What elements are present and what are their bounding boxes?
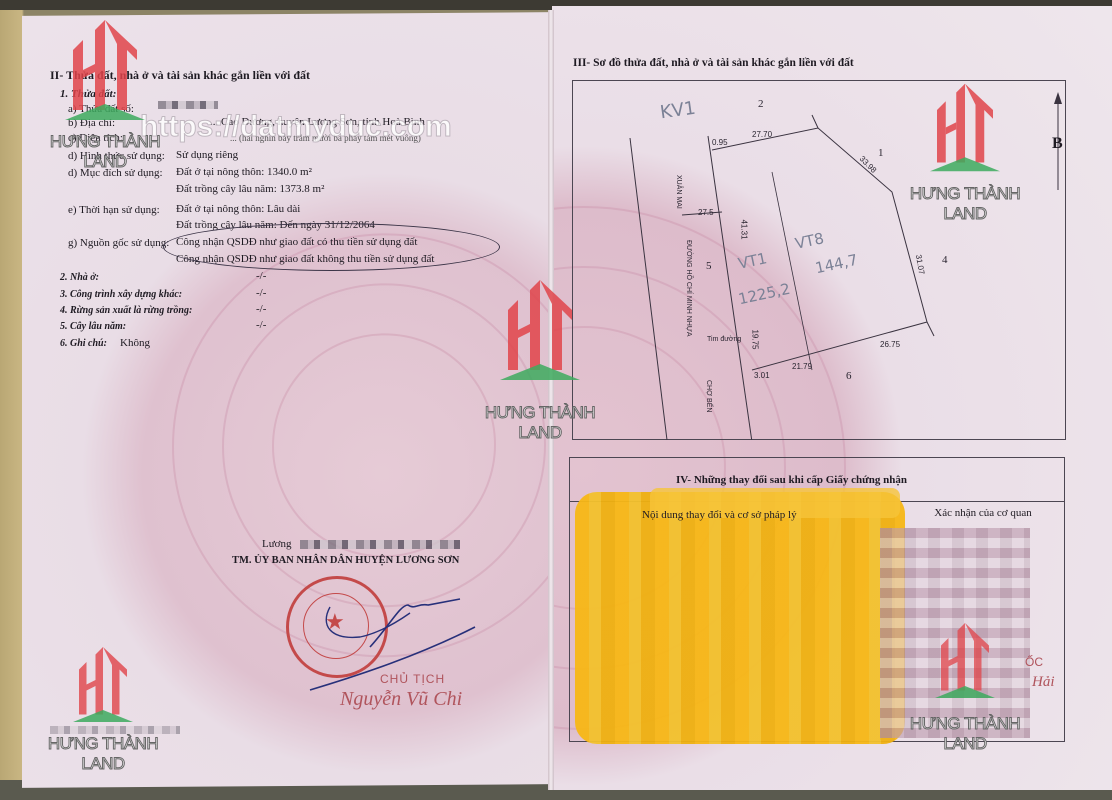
road-centerline-label: Tim đường <box>707 336 741 343</box>
dim-3-01: 3.01 <box>754 371 770 380</box>
ht-logo-icon <box>930 80 1000 175</box>
brand-label: HƯNG THÀNH LAND <box>30 132 180 172</box>
dim-27-5: 27.5 <box>698 208 714 217</box>
north-arrow-icon <box>1054 92 1062 104</box>
usage-purpose-residential: Đất ở tại nông thôn: 1340.0 m² <box>176 166 312 178</box>
chairman-title: CHỦ TỊCH <box>380 672 445 686</box>
neighbor-4: 4 <box>942 254 948 266</box>
brand-label: HƯNG THÀNH LAND <box>28 734 178 774</box>
brand-watermark: HƯNG THÀNH LAND <box>890 618 1040 738</box>
brand-watermark: HƯNG THÀNH LAND <box>30 20 180 140</box>
brand-label: HƯNG THÀNH LAND <box>890 184 1040 224</box>
usage-purpose-perennial: Đất trồng cây lâu năm: 1373.8 m² <box>176 183 324 195</box>
neighbor-6: 6 <box>846 370 852 382</box>
dim-21-79: 21.79 <box>792 362 812 371</box>
other-construction-label: 3. Công trình xây dựng khác: <box>60 289 182 300</box>
notes-label: 6. Ghi chú: <box>60 338 107 349</box>
neighbor-2: 2 <box>758 98 764 110</box>
dim-27-70: 27.70 <box>752 130 772 139</box>
drum-emblem-ring <box>272 333 496 559</box>
usage-term-residential: Đất ở tại nông thôn: Lâu dài <box>176 203 300 215</box>
north-label: B <box>1052 135 1063 153</box>
column-header-confirm: Xác nhận của cơ quan có thẩm quyền <box>928 506 1038 522</box>
production-forest-value: -/- <box>256 303 266 315</box>
redacted-area <box>50 726 180 734</box>
other-construction-value: -/- <box>256 287 266 299</box>
yellow-redaction <box>575 492 905 744</box>
road-label-ho-chi-minh: ĐƯỜNG HỒ CHÍ MINH NHỰA <box>685 240 692 337</box>
ht-logo-icon <box>73 642 133 727</box>
section-iv-title: IV- Những thay đổi sau khi cấp Giấy chứn… <box>676 474 907 486</box>
notes-value: Không <box>120 337 150 349</box>
usage-term-label: e) Thời hạn sử dụng: <box>68 204 160 216</box>
house-label: 2. Nhà ở: <box>60 272 99 283</box>
dim-41-31: 41.31 <box>740 219 749 239</box>
redacted-sign-date <box>300 540 460 549</box>
perennial-trees-value: -/- <box>256 319 266 331</box>
brand-watermark: HƯNG THÀNH LAND <box>28 642 178 762</box>
page-fold <box>548 10 554 790</box>
perennial-trees-label: 5. Cây lâu năm: <box>60 321 126 332</box>
neighbor-1: 1 <box>878 147 884 159</box>
dim-0-95: 0.95 <box>712 138 728 147</box>
house-value: -/- <box>256 270 266 282</box>
brand-watermark: HƯNG THÀNH LAND <box>465 275 615 395</box>
road-label-cho-ben: CHỢ BẾN <box>705 380 712 412</box>
brand-label: HƯNG THÀNH LAND <box>890 714 1040 754</box>
ht-logo-icon <box>65 20 145 120</box>
hand-drawn-ellipse <box>163 223 500 271</box>
production-forest-label: 4. Rừng sản xuất là rừng trồng: <box>60 305 192 316</box>
usage-form-value: Sử dụng riêng <box>176 149 238 161</box>
ht-logo-icon <box>935 618 995 703</box>
url-watermark: https://datmyduc.com <box>140 110 452 144</box>
neighbor-5: 5 <box>706 260 712 272</box>
dim-19-75: 19.75 <box>751 329 760 349</box>
section-iii-title: III- Sơ đồ thửa đất, nhà ở và tài sản kh… <box>573 57 854 69</box>
brand-label: HƯNG THÀNH LAND <box>465 403 615 443</box>
column-header-content: Nội dung thay đổi và cơ sở pháp lý <box>642 509 797 521</box>
origin-label: g) Nguồn gốc sử dụng: <box>68 237 169 249</box>
issuing-authority: TM. ỦY BAN NHÂN DÂN HUYỆN LƯƠNG SƠN <box>232 555 459 566</box>
chairman-name: Nguyễn Vũ Chi <box>340 688 462 711</box>
ht-logo-icon <box>500 275 580 385</box>
dim-26-75: 26.75 <box>880 340 900 349</box>
road-label-xuan-mai: XUÂN MAI <box>675 175 682 209</box>
signing-place: Lương <box>262 538 292 550</box>
brand-watermark: HƯNG THÀNH LAND <box>890 80 1040 200</box>
